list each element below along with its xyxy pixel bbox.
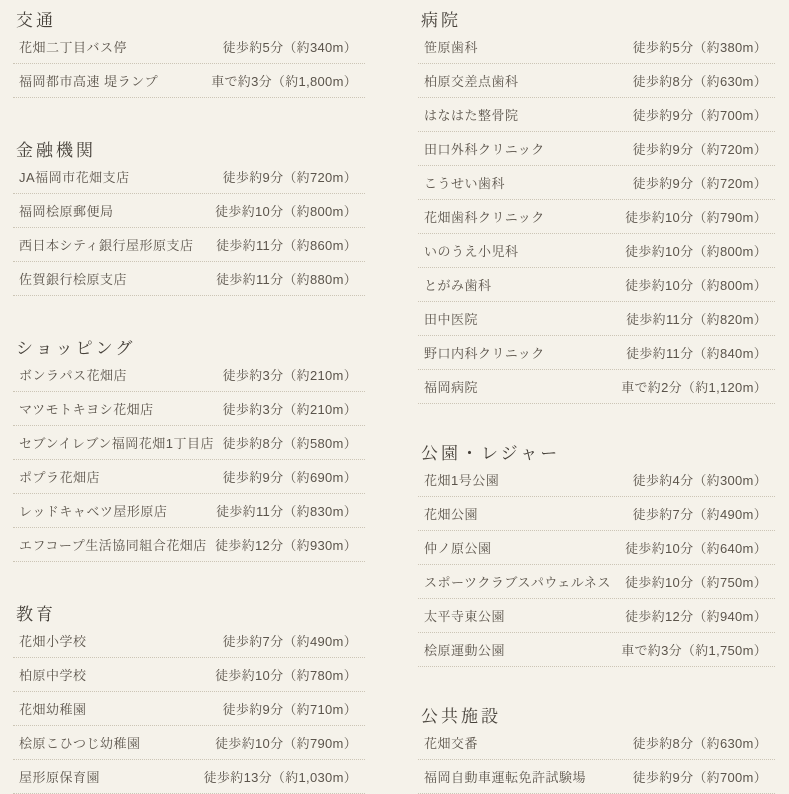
facility-row: 福岡病院車で約2分（約1,120m）	[418, 370, 775, 404]
facility-name: 太平寺東公園	[424, 606, 505, 625]
facility-distance: 徒歩約7分（約490m）	[633, 504, 767, 523]
facility-row: 柏原中学校徒歩約10分（約780m）	[13, 658, 365, 692]
facility-name: とがみ歯科	[424, 275, 492, 294]
facility-distance: 徒歩約9分（約720m）	[633, 173, 767, 192]
facility-name: エフコープ生活協同組合花畑店	[19, 535, 207, 554]
facility-name: 田口外科クリニック	[424, 139, 545, 158]
facility-distance: 車で約3分（約1,750m）	[621, 640, 767, 659]
facility-name: マツモトキヨシ花畑店	[19, 399, 154, 418]
facility-row: 花畑公園徒歩約7分（約490m）	[418, 497, 775, 531]
facility-name: 福岡桧原郵便局	[19, 201, 114, 220]
facility-row: JA福岡市花畑支店徒歩約9分（約720m）	[13, 160, 365, 194]
facility-row: 福岡桧原郵便局徒歩約10分（約800m）	[13, 194, 365, 228]
facility-distance: 徒歩約8分（約630m）	[633, 71, 767, 90]
facility-distance: 徒歩約9分（約720m）	[223, 167, 357, 186]
facility-name: 柏原交差点歯科	[424, 71, 519, 90]
facility-name: 柏原中学校	[19, 665, 87, 684]
facility-name: 桧原こひつじ幼稚園	[19, 733, 141, 752]
facility-section: 教育花畑小学校徒歩約7分（約490m）柏原中学校徒歩約10分（約780m）花畑幼…	[13, 606, 365, 794]
facility-section: 公共施設花畑交番徒歩約8分（約630m）福岡自動車運転免許試験場徒歩約9分（約7…	[418, 708, 775, 794]
facility-name: 花畑公園	[424, 504, 478, 523]
facility-row: とがみ歯科徒歩約10分（約800m）	[418, 268, 775, 302]
facility-distance: 徒歩約9分（約690m）	[223, 467, 357, 486]
facility-distance: 徒歩約12分（約940m）	[625, 606, 767, 625]
facility-distance: 車で約3分（約1,800m）	[211, 71, 357, 90]
facility-section: 公園・レジャー花畑1号公園徒歩約4分（約300m）花畑公園徒歩約7分（約490m…	[418, 445, 775, 667]
facility-name: 野口内科クリニック	[424, 343, 545, 362]
facility-row: 桧原こひつじ幼稚園徒歩約10分（約790m）	[13, 726, 365, 760]
facility-distance: 徒歩約11分（約880m）	[216, 269, 357, 288]
facility-row: 仲ノ原公園徒歩約10分（約640m）	[418, 531, 775, 565]
facility-name: 仲ノ原公園	[424, 538, 492, 557]
facility-distance: 徒歩約10分（約800m）	[625, 275, 767, 294]
facility-name: 福岡病院	[424, 377, 478, 396]
facility-name: レッドキャベツ屋形原店	[19, 501, 167, 520]
facility-distance: 徒歩約10分（約780m）	[215, 665, 357, 684]
facility-row: こうせい歯科徒歩約9分（約720m）	[418, 166, 775, 200]
facility-distance: 徒歩約3分（約210m）	[223, 365, 357, 384]
facility-row: 桧原運動公園車で約3分（約1,750m）	[418, 633, 775, 667]
facility-row: いのうえ小児科徒歩約10分（約800m）	[418, 234, 775, 268]
facility-row: レッドキャベツ屋形原店徒歩約11分（約830m）	[13, 494, 365, 528]
facility-distance: 徒歩約10分（約790m）	[625, 207, 767, 226]
facility-name: 花畑交番	[424, 733, 478, 752]
facility-name: JA福岡市花畑支店	[19, 167, 130, 186]
facility-row: 笹原歯科徒歩約5分（約380m）	[418, 30, 775, 64]
facility-distance: 徒歩約9分（約700m）	[633, 767, 767, 786]
facility-distance: 徒歩約9分（約720m）	[633, 139, 767, 158]
facility-distance: 徒歩約12分（約930m）	[215, 535, 357, 554]
facility-distance: 徒歩約8分（約630m）	[633, 733, 767, 752]
facility-distance: 車で約2分（約1,120m）	[621, 377, 767, 396]
facility-row: 佐賀銀行桧原支店徒歩約11分（約880m）	[13, 262, 365, 296]
section-title: ショッピング	[16, 340, 365, 358]
facility-name: 福岡自動車運転免許試験場	[424, 767, 586, 786]
facility-distance: 徒歩約3分（約210m）	[223, 399, 357, 418]
facility-distance: 徒歩約10分（約800m）	[215, 201, 357, 220]
facility-section: 交通花畑二丁目バス停徒歩約5分（約340m）福岡都市高速 堤ランプ車で約3分（約…	[13, 12, 365, 98]
column-right: 病院笹原歯科徒歩約5分（約380m）柏原交差点歯科徒歩約8分（約630m）はなは…	[418, 12, 775, 794]
facility-distance: 徒歩約10分（約750m）	[625, 572, 767, 591]
facility-name: 花畑二丁目バス停	[19, 37, 127, 56]
facility-distance: 徒歩約7分（約490m）	[223, 631, 357, 650]
section-title: 金融機関	[16, 142, 365, 160]
facility-name: 西日本シティ銀行屋形原支店	[19, 235, 193, 254]
facility-name: はなはた整骨院	[424, 105, 519, 124]
section-title: 教育	[16, 606, 365, 624]
facility-distance: 徒歩約10分（約790m）	[215, 733, 357, 752]
facility-name: 田中医院	[424, 309, 478, 328]
facility-section: ショッピングボンラパス花畑店徒歩約3分（約210m）マツモトキヨシ花畑店徒歩約3…	[13, 340, 365, 562]
facility-distance: 徒歩約5分（約380m）	[633, 37, 767, 56]
facility-row: 福岡自動車運転免許試験場徒歩約9分（約700m）	[418, 760, 775, 794]
facility-name: ポプラ花畑店	[19, 467, 100, 486]
section-title: 公園・レジャー	[421, 445, 775, 463]
facility-row: エフコープ生活協同組合花畑店徒歩約12分（約930m）	[13, 528, 365, 562]
facility-name: 桧原運動公園	[424, 640, 505, 659]
facility-distance: 徒歩約13分（約1,030m）	[204, 767, 357, 786]
facility-row: 太平寺東公園徒歩約12分（約940m）	[418, 599, 775, 633]
facility-name: 花畑小学校	[19, 631, 87, 650]
facility-row: 野口内科クリニック徒歩約11分（約840m）	[418, 336, 775, 370]
facility-distance: 徒歩約9分（約710m）	[223, 699, 357, 718]
facility-row: セブンイレブン福岡花畑1丁目店徒歩約8分（約580m）	[13, 426, 365, 460]
facility-section: 病院笹原歯科徒歩約5分（約380m）柏原交差点歯科徒歩約8分（約630m）はなは…	[418, 12, 775, 404]
facility-row: 花畑小学校徒歩約7分（約490m）	[13, 624, 365, 658]
facility-distance: 徒歩約4分（約300m）	[633, 470, 767, 489]
facility-row: ポプラ花畑店徒歩約9分（約690m）	[13, 460, 365, 494]
facility-row: はなはた整骨院徒歩約9分（約700m）	[418, 98, 775, 132]
facility-name: 花畑幼稚園	[19, 699, 87, 718]
facility-row: 花畑1号公園徒歩約4分（約300m）	[418, 463, 775, 497]
facility-row: 西日本シティ銀行屋形原支店徒歩約11分（約860m）	[13, 228, 365, 262]
facility-row: 田中医院徒歩約11分（約820m）	[418, 302, 775, 336]
facility-row: 花畑幼稚園徒歩約9分（約710m）	[13, 692, 365, 726]
facility-name: こうせい歯科	[424, 173, 505, 192]
facility-row: 田口外科クリニック徒歩約9分（約720m）	[418, 132, 775, 166]
facility-distance: 徒歩約10分（約800m）	[625, 241, 767, 260]
facility-name: 花畑歯科クリニック	[424, 207, 545, 226]
facility-row: 屋形原保育園徒歩約13分（約1,030m）	[13, 760, 365, 794]
facility-row: マツモトキヨシ花畑店徒歩約3分（約210m）	[13, 392, 365, 426]
facility-distance: 徒歩約8分（約580m）	[223, 433, 357, 452]
facility-row: スポーツクラブスパウェルネス徒歩約10分（約750m）	[418, 565, 775, 599]
section-title: 病院	[421, 12, 775, 30]
facility-name: セブンイレブン福岡花畑1丁目店	[19, 433, 214, 452]
facility-name: スポーツクラブスパウェルネス	[424, 572, 611, 591]
facility-name: 福岡都市高速 堤ランプ	[19, 71, 158, 90]
column-left: 交通花畑二丁目バス停徒歩約5分（約340m）福岡都市高速 堤ランプ車で約3分（約…	[13, 12, 365, 794]
facility-name: 花畑1号公園	[424, 470, 499, 489]
facility-distance: 徒歩約11分（約860m）	[216, 235, 357, 254]
facility-row: 花畑交番徒歩約8分（約630m）	[418, 726, 775, 760]
facility-row: ボンラパス花畑店徒歩約3分（約210m）	[13, 358, 365, 392]
facility-row: 福岡都市高速 堤ランプ車で約3分（約1,800m）	[13, 64, 365, 98]
section-title: 交通	[16, 12, 365, 30]
facility-name: 佐賀銀行桧原支店	[19, 269, 127, 288]
facility-row: 花畑歯科クリニック徒歩約10分（約790m）	[418, 200, 775, 234]
facility-distance: 徒歩約11分（約820m）	[626, 309, 767, 328]
facility-section: 金融機関JA福岡市花畑支店徒歩約9分（約720m）福岡桧原郵便局徒歩約10分（約…	[13, 142, 365, 296]
facility-name: 屋形原保育園	[19, 767, 100, 786]
facility-row: 柏原交差点歯科徒歩約8分（約630m）	[418, 64, 775, 98]
facility-distance: 徒歩約11分（約830m）	[216, 501, 357, 520]
facility-name: いのうえ小児科	[424, 241, 519, 260]
facility-name: 笹原歯科	[424, 37, 478, 56]
section-title: 公共施設	[421, 708, 775, 726]
facility-distance: 徒歩約10分（約640m）	[625, 538, 767, 557]
facility-distance: 徒歩約11分（約840m）	[626, 343, 767, 362]
facility-name: ボンラパス花畑店	[19, 365, 127, 384]
facility-columns: 交通花畑二丁目バス停徒歩約5分（約340m）福岡都市高速 堤ランプ車で約3分（約…	[0, 0, 789, 794]
facility-row: 花畑二丁目バス停徒歩約5分（約340m）	[13, 30, 365, 64]
facility-distance: 徒歩約9分（約700m）	[633, 105, 767, 124]
facility-distance: 徒歩約5分（約340m）	[223, 37, 357, 56]
